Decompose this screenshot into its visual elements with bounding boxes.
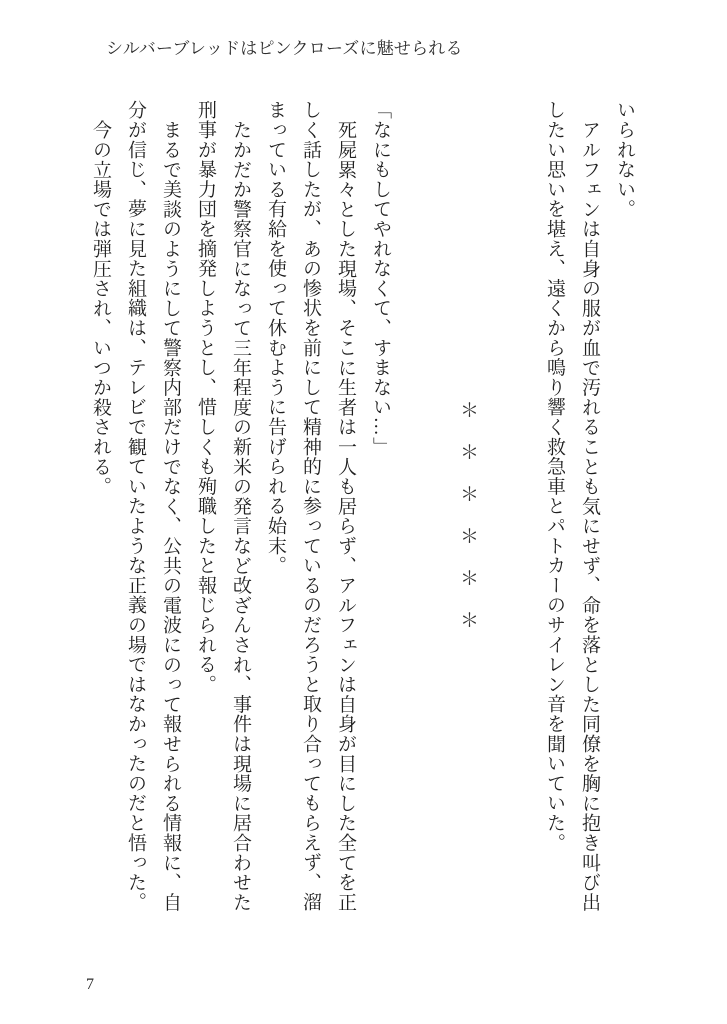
text-line: 刑事が暴力団を摘発しようとし、惜しくも殉職したと報じられる。: [188, 100, 223, 914]
text-line: したい思いを堪え、遠くから鳴り響く救急車とパトカーのサイレン音を聞いていた。: [537, 100, 572, 914]
text-line: 分が信じ、夢に見た組織は、テレビで観ていたような正義の場ではなかったのだと悟った…: [118, 100, 153, 914]
text-line: まるで美談のようにして警察内部だけでなく、公共の電波にのって報せられる情報に、自: [153, 100, 188, 914]
text-line: 死屍累々とした現場、そこに生者は一人も居らず、アルフェンは自身が目にした全てを正: [328, 100, 363, 914]
scene-break-asterisks: ＊＊＊＊＊＊: [450, 100, 485, 914]
vertical-text-body: いられない。 アルフェンは自身の服が血で汚れることも気にせず、命を落とした同僚を…: [83, 100, 642, 914]
header-title: シルバーブレッドはピンクローズに魅せられる: [106, 39, 463, 58]
text-line: たかだか警察官になって三年程度の新米の発言など改ざんされ、事件は現場に居合わせた: [223, 100, 258, 914]
text-line: 「なにもしてやれなくて、すまない…」: [363, 100, 398, 914]
text-line: いられない。: [607, 100, 642, 914]
text-line: まっている有給を使って休むように告げられる始末。: [258, 100, 293, 914]
text-line: アルフェンは自身の服が血で汚れることも気にせず、命を落とした同僚を胸に抱き叫び出: [572, 100, 607, 914]
page-number: 7: [86, 976, 94, 994]
text-line: しく話したが、あの惨状を前にして精神的に参っているのだろうと取り合ってもらえず、…: [293, 100, 328, 914]
book-page: シルバーブレッドはピンクローズに魅せられる いられない。 アルフェンは自身の服が…: [0, 0, 727, 1024]
running-header: シルバーブレッドはピンクローズに魅せられる: [106, 34, 463, 59]
text-line: 今の立場では弾圧され、いつか殺される。: [83, 100, 118, 914]
